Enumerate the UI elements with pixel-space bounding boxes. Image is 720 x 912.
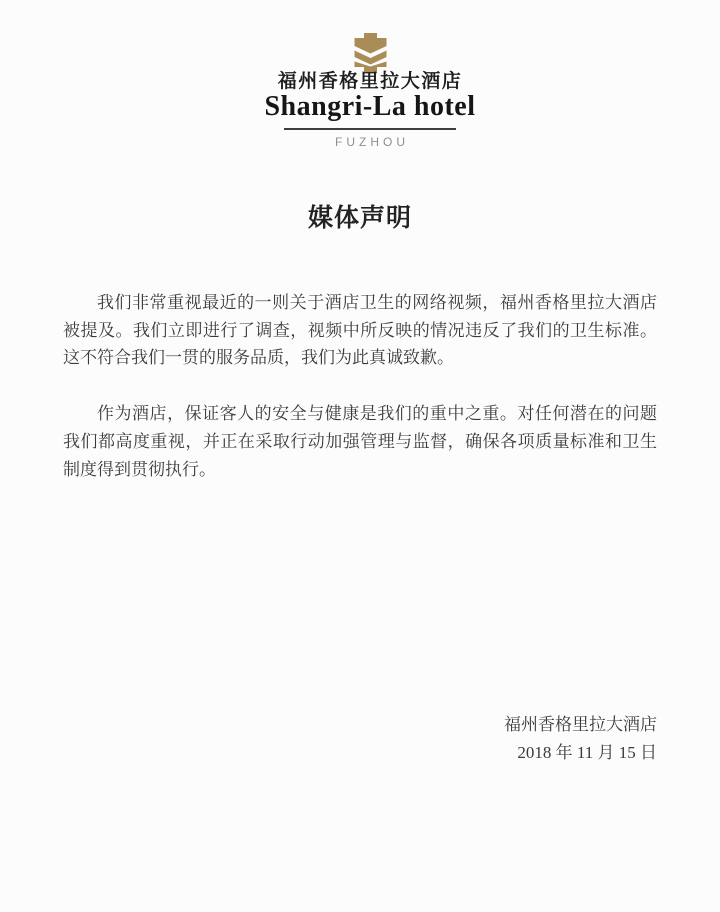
statement-title: 媒体声明 bbox=[63, 198, 657, 234]
signature-block: 福州香格里拉大酒店 2018 年 11 月 15 日 bbox=[504, 711, 657, 766]
statement-body: 我们非常重视最近的一则关于酒店卫生的网络视频，福州香格里拉大酒店被提及。我们立即… bbox=[63, 289, 657, 483]
hotel-name-en: Shangri-La hotel bbox=[10, 93, 720, 121]
statement-paragraph-1: 我们非常重视最近的一则关于酒店卫生的网络视频，福州香格里拉大酒店被提及。我们立即… bbox=[63, 289, 657, 372]
hotel-logo: 福州香格里拉大酒店 Shangri-La hotel FUZHOU bbox=[10, 33, 720, 148]
signature-hotel-name: 福州香格里拉大酒店 bbox=[504, 711, 657, 739]
hotel-name-zh: 福州香格里拉大酒店 bbox=[10, 72, 720, 91]
shangri-la-emblem-icon bbox=[352, 33, 389, 73]
hotel-city-label: FUZHOU bbox=[10, 136, 720, 148]
signature-date: 2018 年 11 月 15 日 bbox=[504, 739, 657, 767]
statement-paragraph-2: 作为酒店，保证客人的安全与健康是我们的重中之重。对任何潜在的问题我们都高度重视，… bbox=[63, 400, 657, 483]
media-statement-page: 福州香格里拉大酒店 Shangri-La hotel FUZHOU 媒体声明 我… bbox=[0, 0, 720, 912]
logo-divider bbox=[284, 128, 456, 130]
